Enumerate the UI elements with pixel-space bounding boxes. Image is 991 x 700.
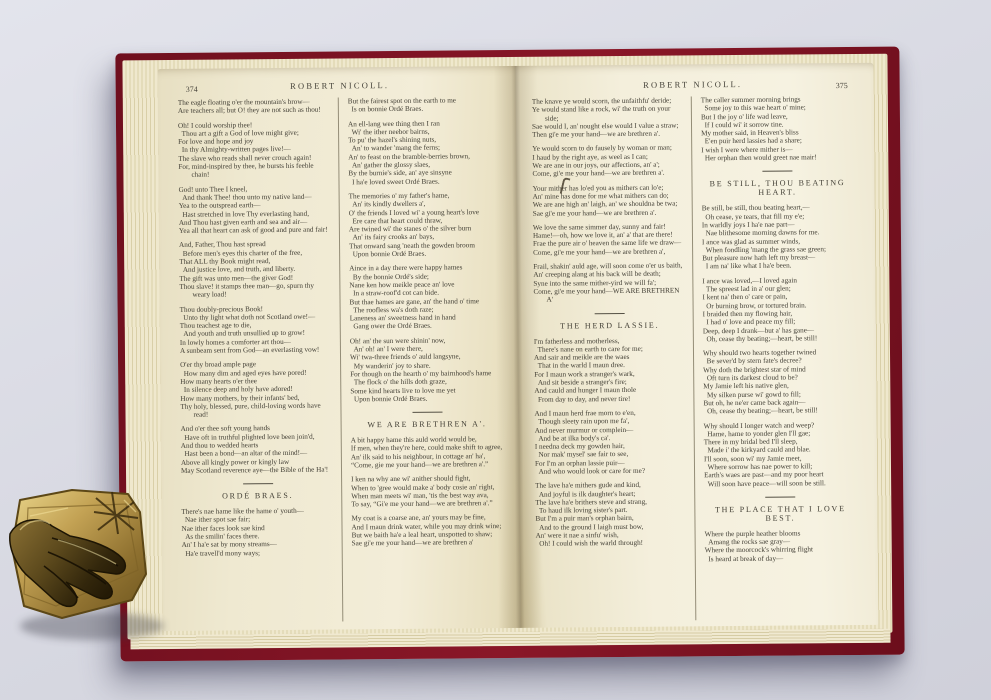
- running-header: ROBERT NICOLL.: [532, 78, 854, 91]
- poem-title: THE PLACE THAT I LOVE BEST.: [704, 504, 856, 523]
- poem-line: To say, “Gi'e me your hand—we are brethr…: [351, 499, 504, 509]
- poem-line: Is heard at break of day—: [705, 554, 857, 564]
- poem-line: Oh, cease thy beating;—heart, be still!: [703, 334, 855, 344]
- poem-line: Come, gi'e me your hand—WE ARE BRETHREN …: [533, 286, 685, 304]
- text-column: The eagle floating o'er the mountain's b…: [178, 97, 343, 622]
- poem-line: Sae gi'e me your hand—we are brethren a': [352, 538, 505, 548]
- poem-line: Unto thy light what doth not Scotland ow…: [180, 312, 333, 322]
- poem-line: Her orphan then would greet nae mair!: [701, 153, 853, 163]
- poem-line: Then gi'e me your hand—we are brethren a…: [532, 130, 684, 140]
- poem-stanza: Oh! an' the sun were shinin' now, An' oh…: [350, 336, 504, 404]
- poem-stanza: Oh! I could worship thee! Thou art a gif…: [178, 120, 332, 179]
- poem-stanza: An ell-lang wee thing then I ran Wi' the…: [348, 119, 502, 187]
- poem-stanza: Where the purple heather blooms Amang th…: [705, 529, 857, 564]
- poem-line: Gang ower the Ordé Braes.: [350, 321, 503, 331]
- poem-stanza: Your mither has lo'ed you as mithers can…: [533, 183, 685, 218]
- poem-title: THE HERD LASSIE.: [534, 320, 686, 330]
- text-column: The caller summer morning brings Some jo…: [691, 95, 859, 620]
- poem-stanza: Be still, be still, thou beating heart,—…: [702, 203, 855, 271]
- poem-line: Yea all that heart can ask of good and p…: [179, 226, 332, 236]
- poem-line: Upon bonnie Ordé Braes.: [349, 249, 502, 259]
- poem-stanza: The caller summer morning brings Some jo…: [701, 95, 854, 163]
- left-page: 374 ROBERT NICOLL. The eagle floating o'…: [158, 66, 521, 631]
- poem-line: Sae gi'e me your hand—we are brethren a'…: [533, 208, 685, 218]
- poem-line: Are teachers all; but O! they are not su…: [178, 106, 331, 116]
- poem-line: “Come, gie me your hand—we are brethren …: [351, 460, 504, 470]
- poem-title: BE STILL, THOU BEATING HEART.: [701, 178, 853, 197]
- section-divider: [595, 313, 625, 314]
- poem-stanza: The knave ye would scorn, the unfaithfu'…: [532, 96, 684, 139]
- page-number: 375: [836, 81, 848, 90]
- poem-stanza: Frail, shakin' auld age, will soon come …: [533, 262, 685, 305]
- right-page: 375 ROBERT NICOLL. The knave ye would sc…: [515, 63, 878, 628]
- poem-line: Come, gi'e me your hand—we are brethren …: [532, 169, 684, 179]
- text-column: The knave ye would scorn, the unfaithfu'…: [532, 96, 696, 621]
- brass-hand-clip: [0, 478, 185, 663]
- page-header: 375 ROBERT NICOLL.: [532, 78, 854, 94]
- photo-background: 374 ROBERT NICOLL. The eagle floating o'…: [0, 0, 991, 700]
- poem-stanza: Ye would scorn to do fausely by woman or…: [532, 144, 684, 179]
- poem-line: I am na' like what I ha'e been.: [702, 261, 854, 271]
- section-divider: [765, 496, 795, 497]
- poem-stanza: A bit happy hame this auld world would b…: [351, 435, 504, 470]
- poem-stanza: And o'er thee soft young hands Have oft …: [181, 424, 334, 475]
- page-header: 374 ROBERT NICOLL.: [178, 79, 502, 95]
- section-divider: [762, 171, 792, 172]
- poem-stanza: Thou doubly-precious Book! Unto thy ligh…: [180, 304, 333, 355]
- poem-stanza: And I maun herd frae morn to e'en, Thoug…: [534, 408, 687, 476]
- poem-line: Thy holy, blessed, pure, child-loving wo…: [180, 401, 333, 419]
- poem-line: From day to day, and never tire!: [534, 394, 686, 404]
- poem-line: Come, gi'e me your hand—we are brethren …: [533, 247, 685, 257]
- section-divider: [412, 412, 442, 413]
- poem-line: Oh! I could wish the warld through!: [536, 539, 688, 549]
- poem-stanza: My coat is a coarse ane, an' yours may b…: [351, 514, 504, 549]
- poem-line: May Scotland reverence aye—the Bible of …: [181, 465, 334, 475]
- poem-title: WE ARE BRETHREN A'.: [351, 419, 504, 429]
- poem-line: Oh, cease thy beating;—heart, be still!: [703, 406, 855, 416]
- poem-line: A sunbeam sent from God—an everlasting v…: [180, 346, 333, 356]
- running-header: ROBERT NICOLL.: [178, 79, 502, 92]
- poem-stanza: And, Father, Thou hast spread Before men…: [179, 240, 333, 299]
- poem-stanza: I ance was loved,—I loved again The spre…: [702, 276, 855, 344]
- page-spread: 374 ROBERT NICOLL. The eagle floating o'…: [158, 63, 879, 631]
- poem-stanza: Aince in a day there were happy hames By…: [349, 263, 503, 331]
- section-divider: [243, 483, 273, 484]
- poem-line: For, mind-inspired by thee, he bursts hi…: [178, 162, 331, 180]
- poem-line: Ye would stand like a rock, wi' the trut…: [532, 105, 684, 123]
- poem-line: Upon bonnie Ordé Braes.: [350, 394, 503, 404]
- poem-stanza: I ken na why ane wi' anither should figh…: [351, 474, 504, 509]
- poem-line: Thou slave! it stamps thee man—go, spurn…: [179, 281, 332, 299]
- poem-line: We are ane high an' laigh, an' we should…: [533, 200, 685, 210]
- poem-stanza: God! unto Thee I kneel, And thank Thee! …: [179, 184, 332, 235]
- poem-stanza: The lave ha'e mithers gude and kind, And…: [535, 481, 688, 549]
- poem-line: And who would look or care for me?: [535, 466, 687, 476]
- poem-line: I ha'e loved sweet Ordé Braes.: [348, 177, 501, 187]
- poem-stanza: The memories o' my father's hame, An' it…: [349, 191, 503, 259]
- poem-stanza: I'm fatherless and motherless, There's n…: [534, 336, 687, 404]
- poem-stanza: But the fairest spot on the earth to me …: [348, 96, 501, 114]
- poem-title: ORDÉ BRAES.: [181, 491, 334, 501]
- page-number: 374: [186, 85, 198, 94]
- poem-stanza: We love the same simmer day, sunny and f…: [533, 222, 685, 257]
- poem-line: Is on bonnie Ordé Braes.: [348, 104, 501, 114]
- text-column: But the fairest spot on the earth to me …: [338, 96, 507, 621]
- poem-line: Ha'e travell'd mony ways;: [182, 548, 335, 558]
- poem-stanza: There's nae hame like the hame o' youth—…: [181, 507, 334, 558]
- poem-stanza: The eagle floating o'er the mountain's b…: [178, 98, 331, 116]
- poem-line: Will soon have peace—will soon be still.: [704, 479, 856, 489]
- open-book: 374 ROBERT NICOLL. The eagle floating o'…: [115, 47, 904, 662]
- poem-stanza: O'er thy broad ample page How many dim a…: [180, 360, 334, 419]
- poem-stanza: Why should two hearts together twined Be…: [703, 348, 856, 416]
- poem-stanza: Why should I longer watch and weep? Hame…: [704, 420, 857, 488]
